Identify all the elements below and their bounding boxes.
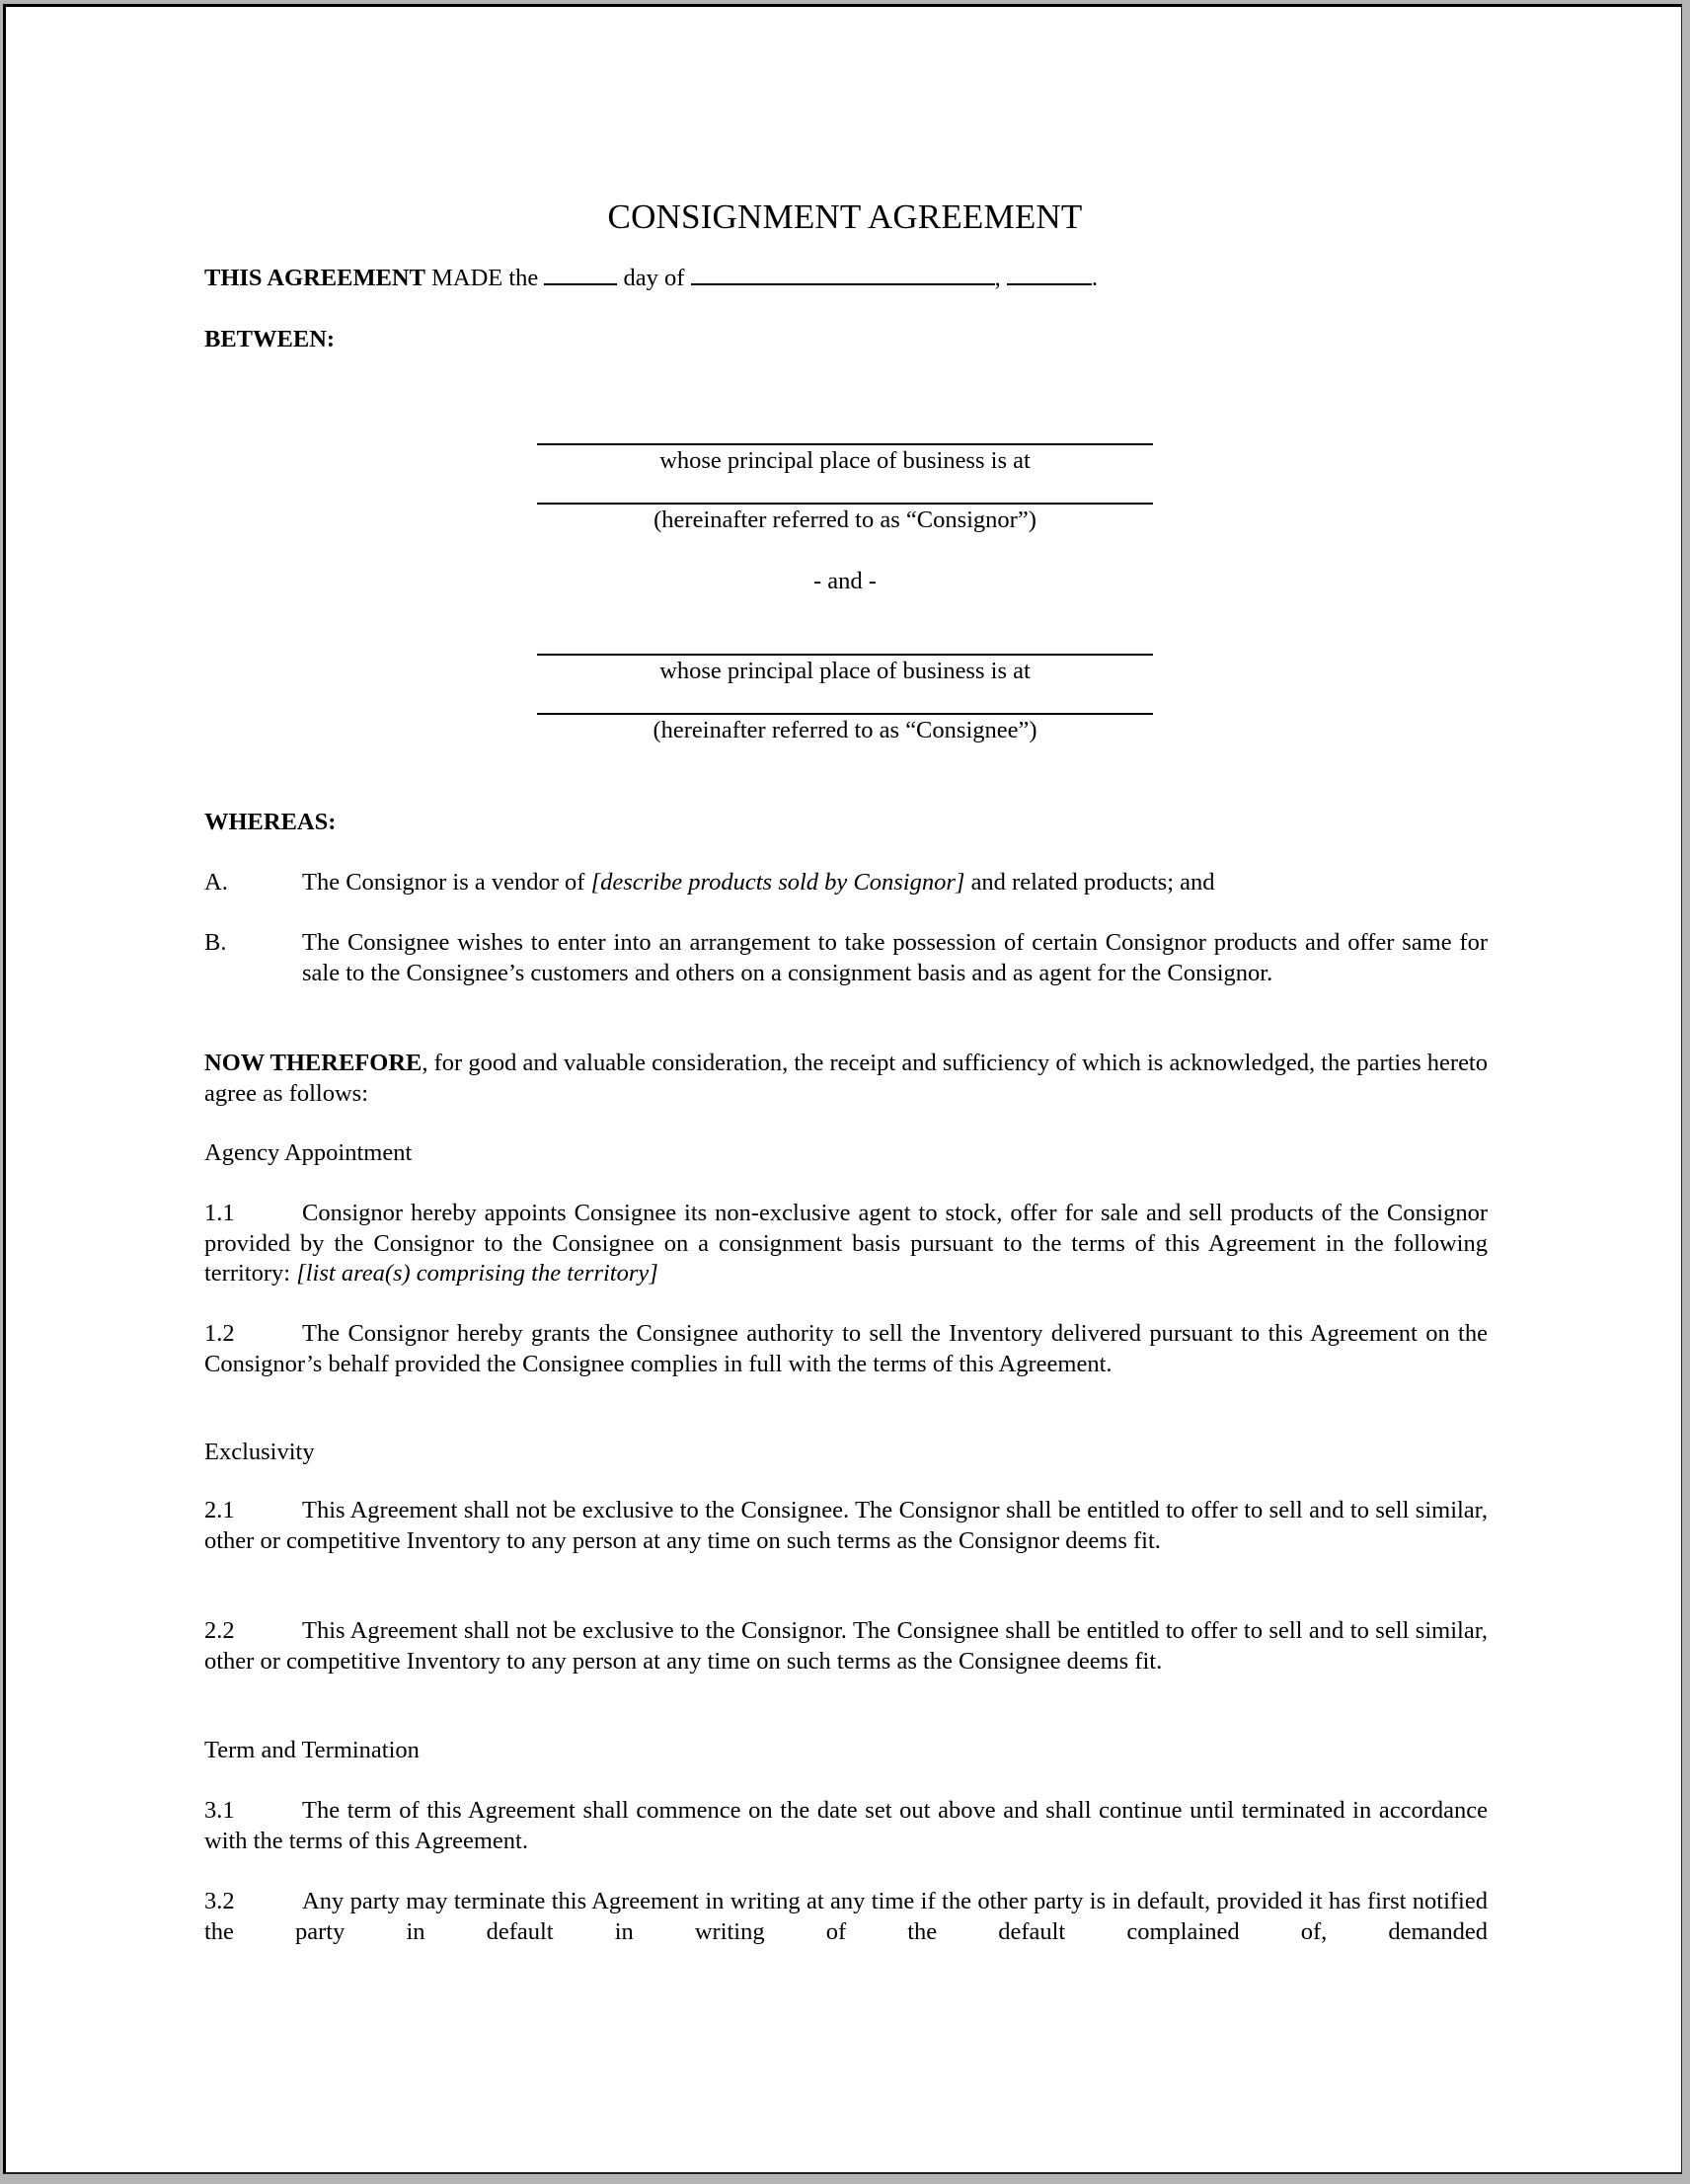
day-blank[interactable] (544, 264, 617, 285)
consignor-address-label: whose principal place of business is at (537, 447, 1153, 475)
between-label: BETWEEN: (204, 325, 335, 355)
and-separator: - and - (537, 568, 1153, 595)
this-agreement-label: THIS AGREEMENT (204, 265, 425, 291)
clause-text: The Consignor hereby grants the Consigne… (204, 1320, 1488, 1377)
clause-3-1: 3.1The term of this Agreement shall comm… (204, 1796, 1488, 1856)
consignee-name-blank[interactable] (537, 654, 1153, 656)
recital-b: B. The Consignee wishes to enter into an… (204, 928, 1488, 988)
recital-label: B. (204, 928, 226, 959)
consignor-address-blank[interactable] (537, 503, 1153, 505)
section-heading-exclusivity: Exclusivity (204, 1439, 315, 1466)
placeholder-territory: [list area(s) comprising the territory] (296, 1260, 658, 1287)
recital-text: The Consignee wishes to enter into an ar… (302, 928, 1488, 988)
clause-text: This Agreement shall not be exclusive to… (204, 1617, 1488, 1675)
clause-3-2: 3.2Any party may terminate this Agreemen… (204, 1887, 1488, 1947)
now-therefore-paragraph: NOW THEREFORE, for good and valuable con… (204, 1049, 1488, 1109)
placeholder-products: [describe products sold by Consignor] (591, 869, 965, 896)
comma-text: , (995, 265, 1007, 291)
document-title: CONSIGNMENT AGREEMENT (0, 197, 1690, 237)
agreement-date-line: THIS AGREEMENT MADE the day of , . (204, 264, 1098, 294)
made-the-text: MADE the (425, 265, 544, 291)
section-heading-agency-appointment: Agency Appointment (204, 1139, 412, 1167)
recital-text-after: and related products; and (964, 869, 1214, 896)
month-blank[interactable] (691, 264, 995, 285)
period-text: . (1092, 265, 1098, 291)
clause-number: 1.1 (204, 1199, 302, 1229)
whereas-label: WHEREAS: (204, 808, 336, 838)
clause-number: 2.2 (204, 1616, 302, 1647)
consignee-address-blank[interactable] (537, 713, 1153, 715)
clause-1-1: 1.1Consignor hereby appoints Consignee i… (204, 1199, 1488, 1289)
day-of-text: day of (617, 265, 690, 291)
clause-2-1: 2.1This Agreement shall not be exclusive… (204, 1496, 1488, 1556)
consignor-name-blank[interactable] (537, 443, 1153, 445)
clause-1-2: 1.2The Consignor hereby grants the Consi… (204, 1319, 1488, 1379)
clause-number: 2.1 (204, 1496, 302, 1526)
clause-number: 3.2 (204, 1887, 302, 1917)
recital-text: The Consignor is a vendor of [describe p… (302, 868, 1488, 898)
consignee-reference: (hereinafter referred to as “Consignee”) (537, 717, 1153, 744)
recital-text-before: The Consignor is a vendor of (302, 869, 591, 896)
recital-a: A. The Consignor is a vendor of [describ… (204, 868, 1488, 898)
clause-text: Any party may terminate this Agreement i… (204, 1888, 1488, 1945)
consignee-address-label: whose principal place of business is at (537, 658, 1153, 685)
section-heading-term-termination: Term and Termination (204, 1737, 420, 1764)
clause-number: 1.2 (204, 1319, 302, 1350)
clause-2-2: 2.2This Agreement shall not be exclusive… (204, 1616, 1488, 1677)
clause-text: The term of this Agreement shall commenc… (204, 1797, 1488, 1854)
now-therefore-label: NOW THEREFORE (204, 1050, 422, 1076)
clause-text: This Agreement shall not be exclusive to… (204, 1497, 1488, 1554)
consignor-reference: (hereinafter referred to as “Consignor”) (537, 507, 1153, 534)
recital-label: A. (204, 868, 228, 898)
clause-number: 3.1 (204, 1796, 302, 1827)
year-blank[interactable] (1007, 264, 1092, 285)
